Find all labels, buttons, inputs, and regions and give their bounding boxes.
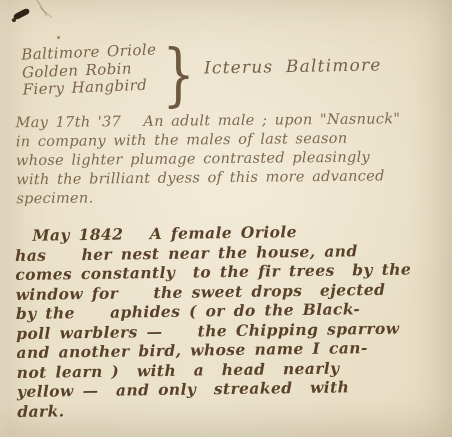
entry-1837: May 17th '37 An adult male ; upon "Nasnu… xyxy=(16,110,449,210)
entry-1837-line: specimen. xyxy=(16,186,448,210)
scratch-mark xyxy=(40,7,53,18)
brace-glyph: } xyxy=(162,36,194,115)
common-name: Fiery Hangbird xyxy=(22,76,158,99)
species-name: Icterus Baltimore xyxy=(204,55,382,78)
ink-blot-icon xyxy=(13,7,31,20)
paper-fleck xyxy=(57,36,60,39)
journal-page: Baltimore Oriole Golden Robin Fiery Hang… xyxy=(0,0,452,437)
entry-1842: May 1842 A female Oriole has her nest ne… xyxy=(15,220,452,421)
common-names-list: Baltimore Oriole Golden Robin Fiery Hang… xyxy=(21,41,158,99)
